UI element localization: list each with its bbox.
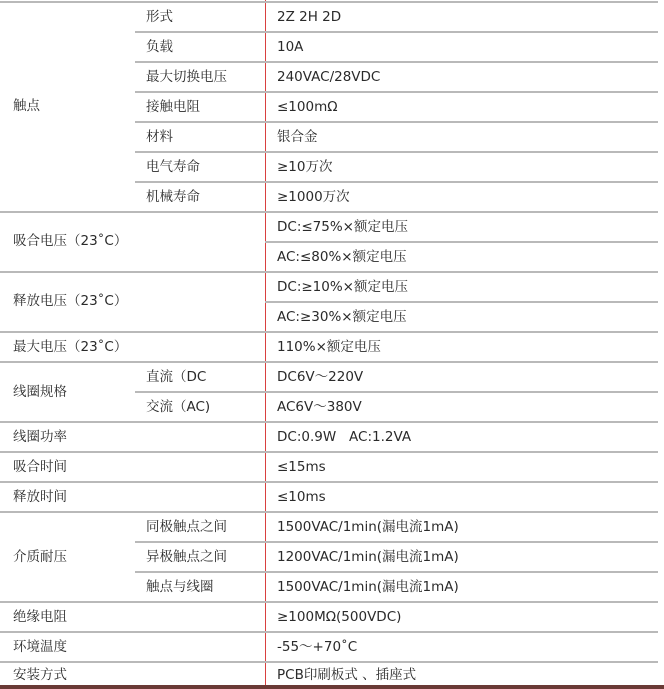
value-cell: 110%×额定电压: [277, 332, 381, 362]
value-cell: ≥100MΩ(500VDC): [277, 602, 401, 632]
value-cell: AC:≥30%×额定电压: [277, 302, 407, 332]
value-cell: ≤15ms: [277, 452, 326, 482]
group-label: 线圈规格: [13, 377, 67, 407]
sub-label: 机械寿命: [146, 182, 200, 212]
value-cell: 1500VAC/1min(漏电流1mA): [277, 572, 459, 602]
group-label: 最大电压（23˚C）: [13, 332, 127, 362]
sub-label: 接触电阻: [146, 92, 200, 122]
relay-spec-table: 触点 吸合电压（23˚C） 释放电压（23˚C） 最大电压（23˚C） 线圈规格…: [0, 0, 664, 689]
group-label: 释放时间: [13, 482, 67, 512]
sub-label: 最大切换电压: [146, 62, 227, 92]
value-cell: 1200VAC/1min(漏电流1mA): [277, 542, 459, 572]
row-line: [135, 151, 658, 153]
sub-label: 同极触点之间: [146, 512, 227, 542]
row-line: [0, 481, 658, 483]
sub-label: 材料: [146, 122, 173, 152]
row-line: [135, 181, 658, 183]
sub-label: 异极触点之间: [146, 542, 227, 572]
group-label: 触点: [13, 91, 40, 121]
value-cell: DC:0.9W AC:1.2VA: [277, 422, 411, 452]
sub-label: 触点与线圈: [146, 572, 214, 602]
group-label: 释放电压（23˚C）: [13, 286, 127, 316]
group-label: 吸合电压（23˚C）: [13, 226, 127, 256]
value-cell: ≤100mΩ: [277, 92, 338, 122]
column-divider-red: [265, 0, 266, 686]
value-cell: PCB印刷板式 、插座式: [277, 660, 416, 689]
sub-label: 形式: [146, 2, 173, 32]
sub-label: 直流（DC: [146, 362, 206, 392]
group-label: 介质耐压: [13, 542, 67, 572]
value-cell: DC:≤75%×额定电压: [277, 212, 408, 242]
group-label: 绝缘电阻: [13, 602, 67, 632]
sub-label: 电气寿命: [146, 152, 200, 182]
group-label: 环境温度: [13, 632, 67, 662]
row-line: [135, 121, 658, 123]
group-label: 吸合时间: [13, 452, 67, 482]
group-label: 安装方式: [13, 660, 67, 689]
sub-label: 负载: [146, 32, 173, 62]
value-cell: 2Z 2H 2D: [277, 2, 341, 32]
value-cell: ≥10万次: [277, 152, 333, 182]
value-cell: -55～+70˚C: [277, 632, 357, 662]
sub-label: 交流（AC): [146, 392, 210, 422]
value-cell: ≤10ms: [277, 482, 326, 512]
value-cell: 240VAC/28VDC: [277, 62, 380, 92]
value-cell: 1500VAC/1min(漏电流1mA): [277, 512, 459, 542]
value-cell: AC6V～380V: [277, 392, 362, 422]
row-line: [135, 31, 658, 33]
value-cell: ≥1000万次: [277, 182, 350, 212]
value-cell: 10A: [277, 32, 303, 62]
value-cell: DC:≥10%×额定电压: [277, 272, 408, 302]
row-line: [135, 391, 658, 393]
value-cell: DC6V～220V: [277, 362, 363, 392]
value-cell: 银合金: [277, 122, 318, 152]
group-label: 线圈功率: [13, 422, 67, 452]
value-cell: AC:≤80%×额定电压: [277, 242, 407, 272]
